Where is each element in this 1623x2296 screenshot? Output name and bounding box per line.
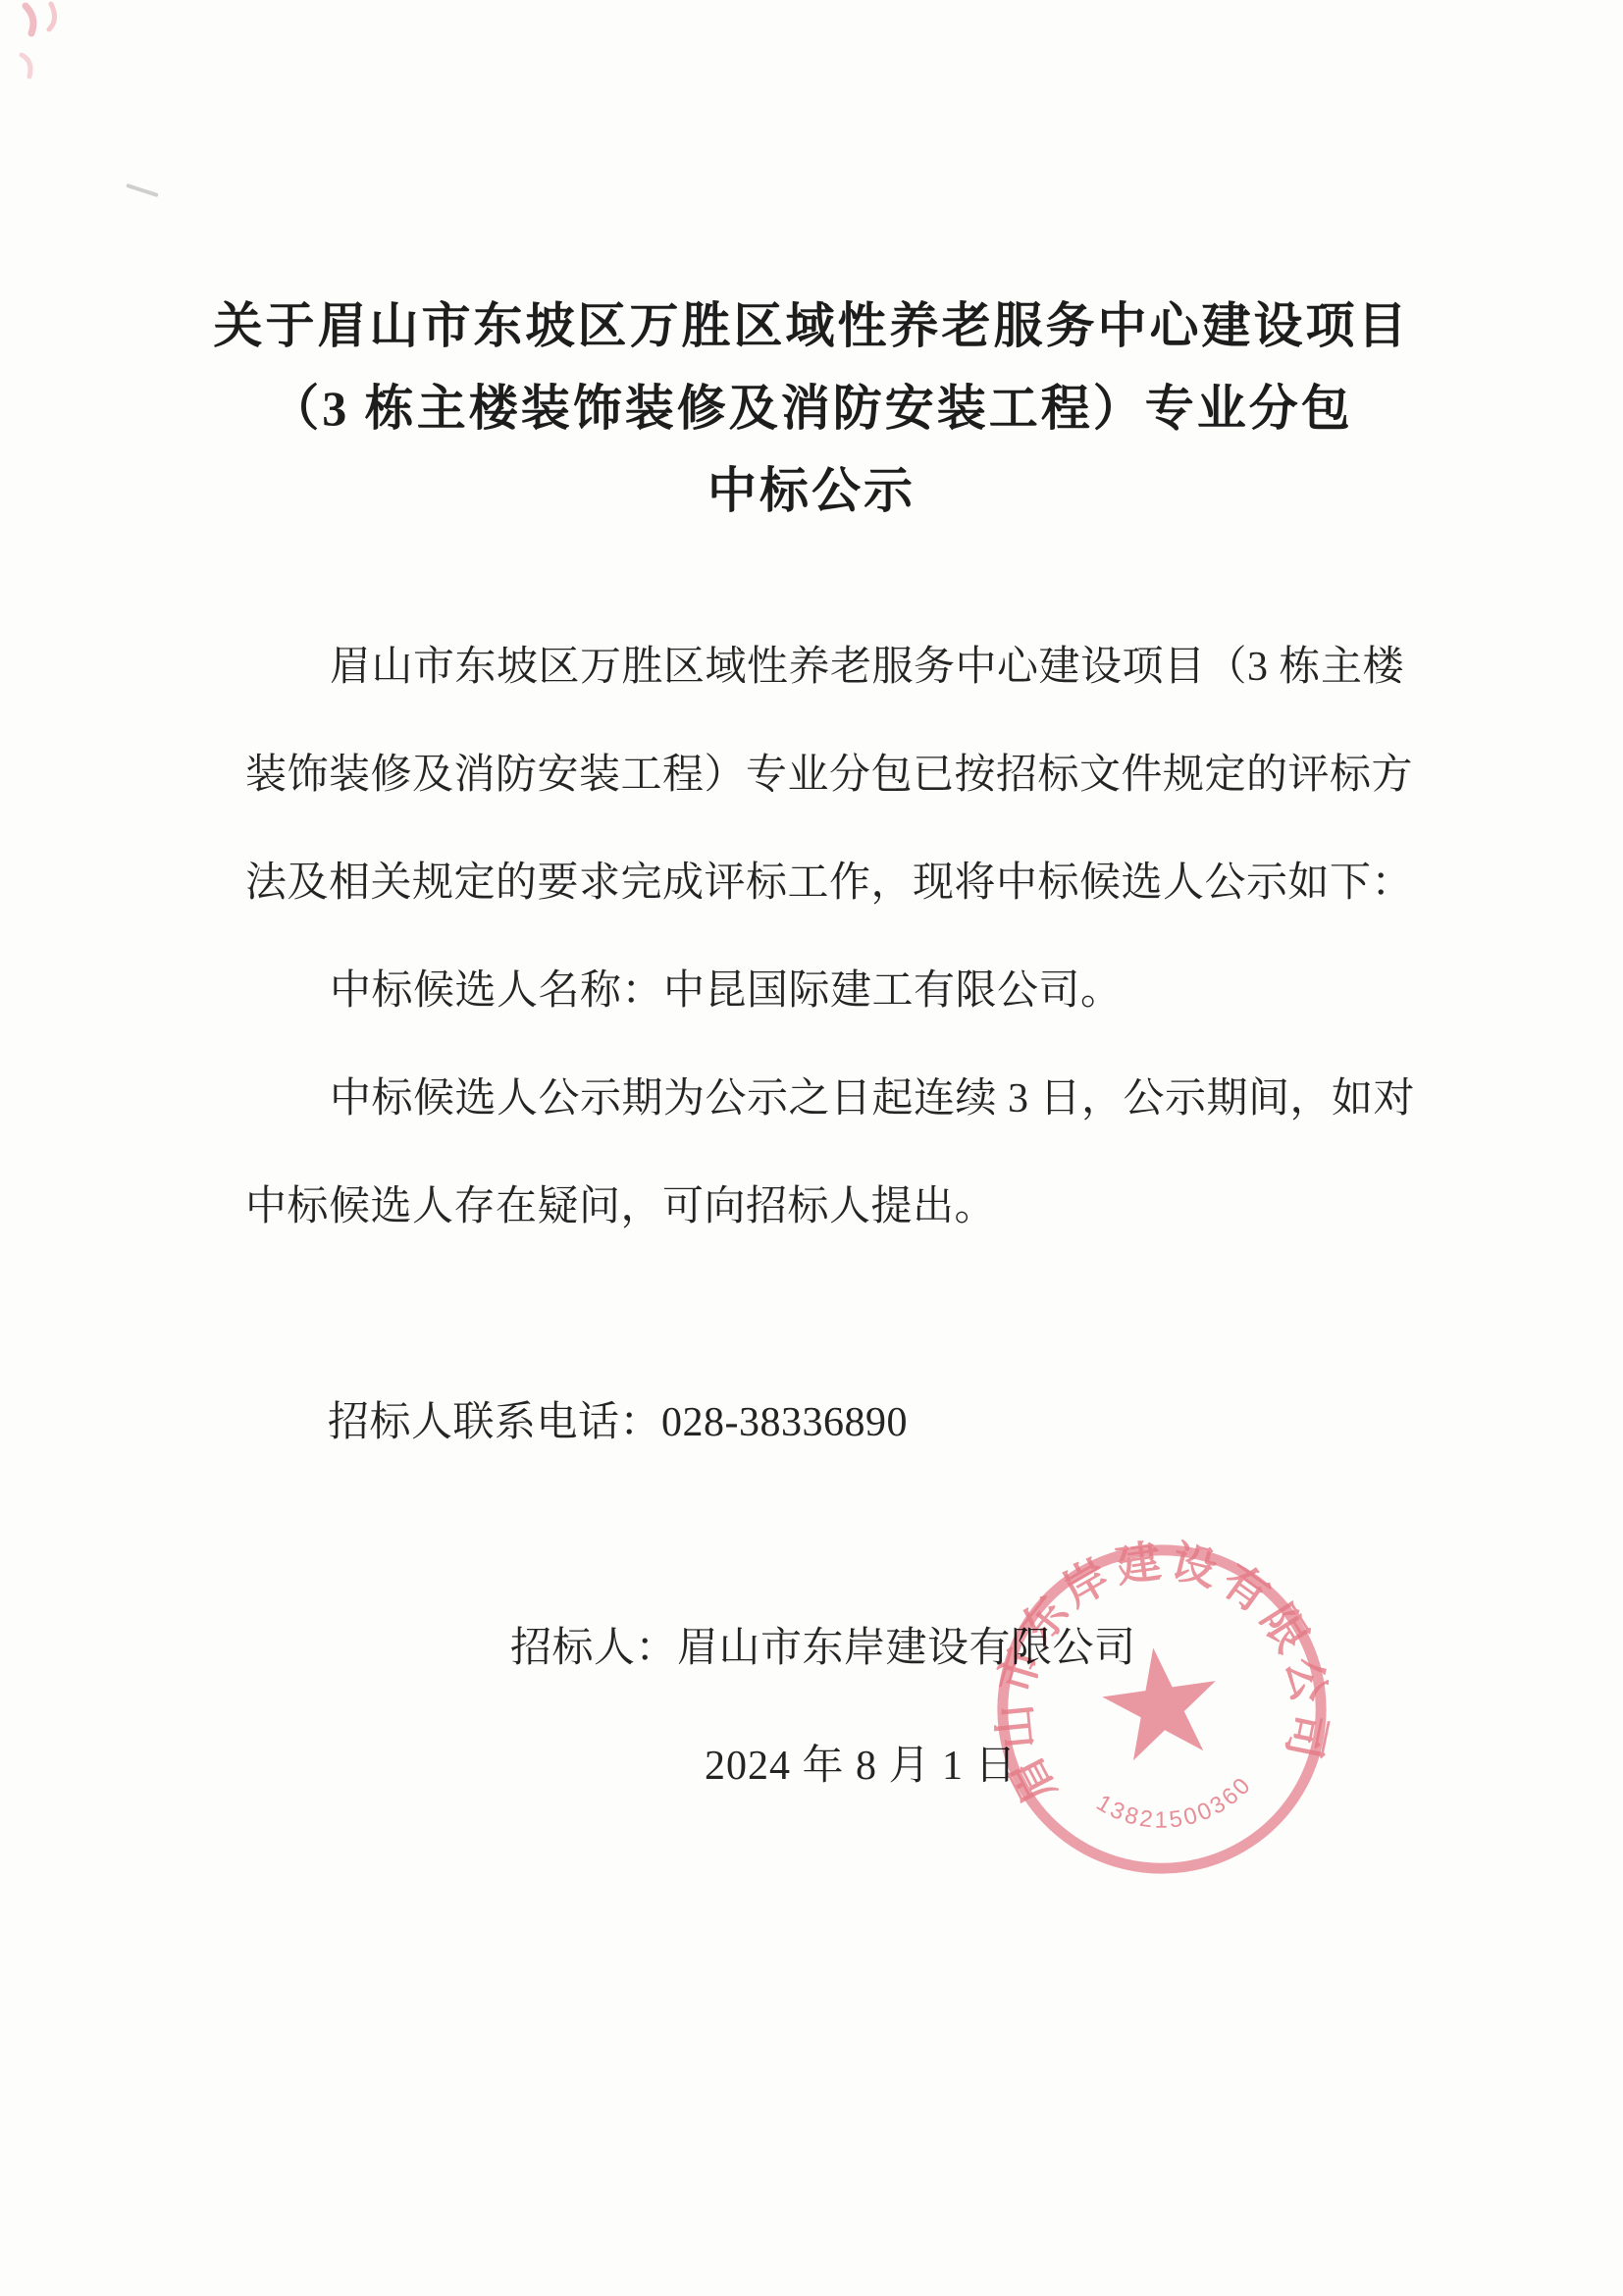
- scan-artifact-marks: [8, 0, 116, 108]
- document-title-line-2: （3 栋主楼装饰装修及消防安装工程）专业分包: [0, 369, 1623, 440]
- body-line: 中标候选人存在疑问，可向招标人提出。: [245, 1174, 1403, 1232]
- seal-star-icon: [1096, 1640, 1225, 1763]
- body-line: 装饰装修及消防安装工程）专业分包已按招标文件规定的评标方: [245, 742, 1403, 801]
- document-title-line-1: 关于眉山市东坡区万胜区域性养老服务中心建设项目: [0, 287, 1623, 357]
- body-line: 眉山市东坡区万胜区域性养老服务中心建设项目（3 栋主楼: [245, 634, 1488, 693]
- company-seal-stamp: 眉山市东岸建设有限公司 5138215003606: [987, 1535, 1336, 1884]
- scanned-document-page: 关于眉山市东坡区万胜区域性养老服务中心建设项目 （3 栋主楼装饰装修及消防安装工…: [0, 0, 1623, 2296]
- tenderer-phone-line: 招标人联系电话：028-38336890: [328, 1389, 1486, 1448]
- body-line: 中标候选人名称：中昆国际建工有限公司。: [245, 958, 1488, 1017]
- scan-speck: [126, 183, 159, 197]
- body-line: 中标候选人公示期为公示之日起连续 3 日，公示期间，如对: [245, 1066, 1488, 1124]
- body-line: 法及相关规定的要求完成评标工作，现将中标候选人公示如下：: [245, 850, 1403, 909]
- document-date-line: 2024 年 8 月 1 日: [705, 1733, 1018, 1792]
- document-title-line-3: 中标公示: [0, 451, 1623, 522]
